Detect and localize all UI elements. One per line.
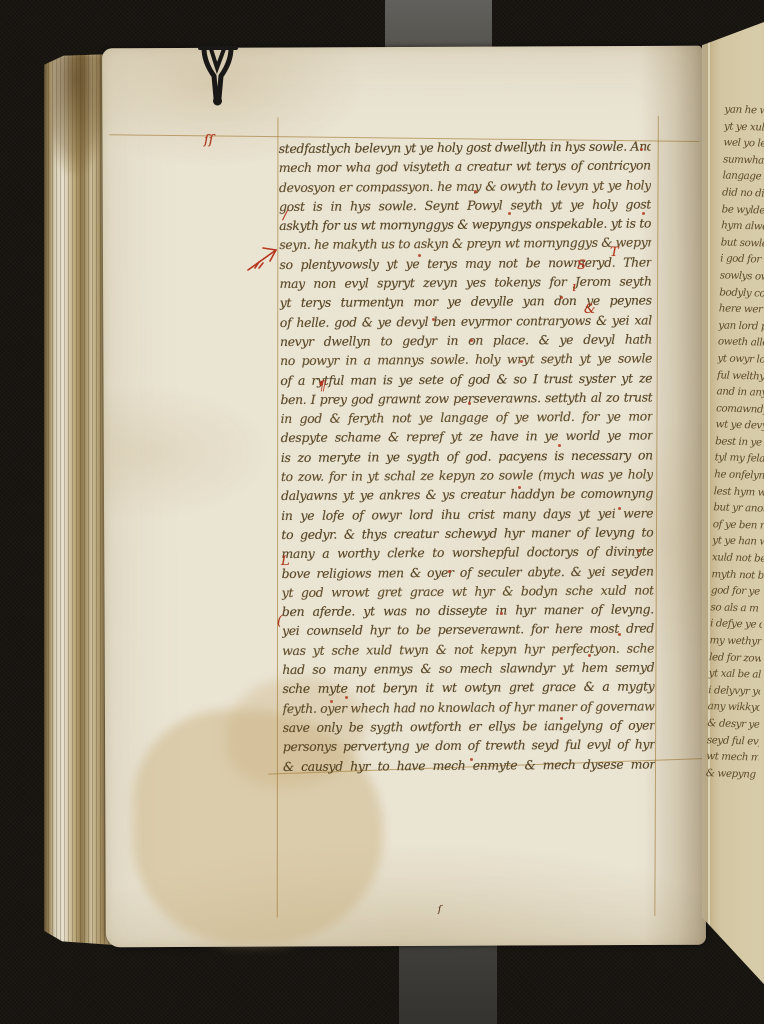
rubric-mark: L xyxy=(281,555,290,568)
facing-page-line-fragment: xuld not ben xyxy=(712,549,764,567)
manuscript-line: dalyawns yt ye ankres & ys creatur haddy… xyxy=(281,484,653,506)
facing-page-line-fragment: myth not ber xyxy=(711,566,763,584)
facing-page-line-fragment: did no dissey xyxy=(722,184,764,202)
facing-page-line-fragment: seyd ful evy xyxy=(707,732,759,750)
manuscript-line: despyte schame & repref yt ze have in ye… xyxy=(281,426,653,448)
facing-page-line-fragment: yt ye han we xyxy=(712,533,764,551)
facing-page-line-fragment: wt ye devyl xyxy=(715,417,764,435)
manuscript-line: had so many enmys & so mech slawndyr yt … xyxy=(282,657,654,679)
facing-page-line-fragment: so als a m xyxy=(710,599,762,617)
facing-page-line-fragment: god for ye m xyxy=(711,582,763,600)
rubric-dot xyxy=(448,570,451,573)
manuscript-line: devosyon er compassyon. he may & owyth t… xyxy=(279,175,651,197)
rubric-mark: ſſ xyxy=(204,134,214,147)
page-holder-clip-icon xyxy=(194,46,242,114)
manuscript-text-block: stedfastlych belevyn yt ye holy gost dwe… xyxy=(279,136,655,777)
nota-arrow-icon xyxy=(245,238,285,274)
rubric-dot xyxy=(640,148,643,151)
manuscript-line: feyth. oyer whech had no knowlach of hyr… xyxy=(283,696,655,718)
rubric-dot xyxy=(560,717,563,720)
facing-page-line-fragment: of ye ben ne xyxy=(713,516,764,534)
page-fold-highlight xyxy=(708,20,710,990)
facing-page-line-fragment: ful welthy z xyxy=(717,367,764,385)
manuscript-line: yt god wrowt gret grace wt hyr & bodyn s… xyxy=(282,580,654,602)
manuscript-line: to zow. for in yt schal ze kepyn zo sowl… xyxy=(281,464,653,486)
rubric-dot xyxy=(618,507,621,510)
facing-page-line-fragment: & desyr ye xyxy=(707,715,759,733)
rubric-dot xyxy=(520,360,523,363)
facing-page-line-fragment: i delyvyr yow xyxy=(708,682,760,700)
rubric-mark: & xyxy=(584,303,596,316)
facing-page-line-fragment: hym alwey er xyxy=(721,218,764,236)
facing-page-line-fragment: sowlys owte xyxy=(720,267,764,285)
manuscript-line: stedfastlych belevyn yt ye holy gost dwe… xyxy=(279,136,651,158)
rubric-mark: ſ xyxy=(438,904,441,917)
rubric-dot xyxy=(470,758,473,761)
facing-page-line-fragment: here wer i w xyxy=(719,300,764,318)
facing-page-line-fragment: my wethyr s xyxy=(709,632,761,650)
manuscript-line: yei cownseld hyr to be perseverawnt. for… xyxy=(282,619,654,641)
rubric-mark: ı xyxy=(572,281,576,294)
facing-page-line-fragment: & wepyng xyxy=(706,765,758,783)
rubric-dot xyxy=(418,254,421,257)
rubric-dot xyxy=(558,444,561,447)
manuscript-line: was yt sche xuld twyn & not kepyn hyr pe… xyxy=(282,638,654,660)
facing-page-line-fragment: oweth alle w xyxy=(718,334,764,352)
manuscript-line: may non evyl spyryt zevyn yes tokenys fo… xyxy=(280,272,652,294)
facing-page-line-fragment: yan lord po xyxy=(718,317,764,335)
facing-page-line-fragment: tyl my felaw xyxy=(714,450,764,468)
manuscript-line: in ye lofe of owyr lord ihu crist many d… xyxy=(281,503,653,525)
facing-page-line-fragment: langage of hy xyxy=(722,168,764,186)
facing-page-line-fragment: wt mech mo xyxy=(706,748,758,766)
rubric-dot xyxy=(432,318,435,321)
facing-page-line-fragment: but yr anothe xyxy=(713,500,764,518)
facing-page-line-fragment: yt ye xuld y xyxy=(724,118,764,136)
rubric-dot xyxy=(345,696,348,699)
rubric-mark: ¶ xyxy=(318,380,326,393)
facing-page-line-fragment: comawndyd a fe xyxy=(716,400,764,418)
facing-page-text: yan he wyt ye xuld ywel yo lesse ysumwha… xyxy=(705,101,764,792)
manuscript-line: many a worthy clerke to worshepful docto… xyxy=(281,542,653,564)
rubric-dot xyxy=(518,486,521,489)
book-weight-strap-bottom xyxy=(399,941,497,1024)
manuscript-line: mech mor wha god visyteth a creatur wt t… xyxy=(279,156,651,178)
facing-page-line-fragment: lest hym wel xyxy=(714,483,764,501)
facing-page-line-fragment: yt owyr lord xyxy=(717,350,764,368)
facing-page-line-fragment: wel yo lesse y xyxy=(723,135,764,153)
facing-page-line-fragment: any wikkyd xyxy=(708,699,760,717)
gutter-shadow xyxy=(640,46,706,945)
rubric-mark: ( xyxy=(277,615,282,628)
manuscript-line: & causyd hyr to have mech enmyte & mech … xyxy=(283,754,655,776)
manuscript-line: personys pervertyng ye dom of trewth sey… xyxy=(283,735,655,757)
manuscript-line: of a rytful man is ye sete of god & so I… xyxy=(280,368,652,390)
facing-page-line-fragment: yan he w xyxy=(724,101,764,119)
manuscript-line: seyn. he makyth us to askyn & preyn wt m… xyxy=(279,233,651,255)
manuscript-line: is zo meryte in ye sygth of god. pacyens… xyxy=(281,445,653,467)
manuscript-line: ben aferde. yt was no disseyte in hyr ma… xyxy=(282,600,654,622)
manuscript-line: nevyr dwellyn to gedyr in on place. & ye… xyxy=(280,329,652,351)
manuscript-left-page: stedfastlych belevyn yt ye holy gost dwe… xyxy=(102,46,706,948)
manuscript-line: save only be sygth owtforth er ellys be … xyxy=(283,715,655,737)
manuscript-line: no powyr in a mannys sowle. holy wryt se… xyxy=(280,349,652,371)
rubric-dot xyxy=(474,190,477,193)
facing-page-line-fragment: sumwhat gostly xyxy=(723,151,764,169)
manuscript-line: bove religiows men & oyer of seculer aby… xyxy=(282,561,654,583)
manuscript-line: sche myte not beryn it wt owtyn gret gra… xyxy=(282,677,654,699)
rubric-dot xyxy=(330,700,333,703)
manuscript-line: of helle. god & ye devyl ben evyrmor con… xyxy=(280,310,652,332)
manuscript-line: askyth for us wt mornynggys & wepyngys o… xyxy=(279,214,651,236)
facing-page-line-fragment: led for zow xyxy=(709,649,761,667)
rubric-dot xyxy=(470,339,473,342)
facing-page-line-fragment: he onfelyng xyxy=(714,466,764,484)
manuscript-line: so plentyvowsly yt ye terys may not be n… xyxy=(279,252,651,274)
facing-page-line-fragment: but sowle & p xyxy=(720,234,764,252)
facing-page-line-fragment: and in any f xyxy=(716,383,764,401)
facing-page-line-fragment: yt xal be al xyxy=(708,665,760,683)
rubric-dot xyxy=(642,212,645,215)
rubric-dot xyxy=(468,402,471,405)
facing-page-line-fragment: best in ye de xyxy=(715,433,764,451)
rubric-mark: T xyxy=(610,246,619,259)
photo-backdrop: stedfastlych belevyn yt ye holy gost dwe… xyxy=(0,0,764,1024)
rubric-dot xyxy=(500,612,503,615)
manuscript-line: to gedyr. & thys creatur schewyd hyr man… xyxy=(281,522,653,544)
rubric-dot xyxy=(508,212,511,215)
manuscript-line: in god & feryth not ye langage of ye wor… xyxy=(280,407,652,429)
manuscript-right-page: yan he wyt ye xuld ywel yo lesse ysumwha… xyxy=(702,20,764,990)
rubric-dot xyxy=(560,296,563,299)
facing-page-line-fragment: be wylde sche xyxy=(721,201,764,219)
rubric-dot xyxy=(638,549,641,552)
manuscript-line: ben. I prey god grawnt zow perseverawns.… xyxy=(280,387,652,409)
rubric-mark: ∕ xyxy=(283,209,287,222)
rubric-dot xyxy=(588,654,591,657)
rubric-dot xyxy=(618,633,621,636)
rubric-mark: S xyxy=(577,259,586,272)
manuscript-line: gost is in hys sowle. Seynt Powyl seyth … xyxy=(279,194,651,216)
facing-page-line-fragment: i god for wel xyxy=(720,251,764,269)
facing-page-line-fragment: i defye ye d xyxy=(710,616,762,634)
facing-page-line-fragment: bodyly comfor xyxy=(719,284,764,302)
